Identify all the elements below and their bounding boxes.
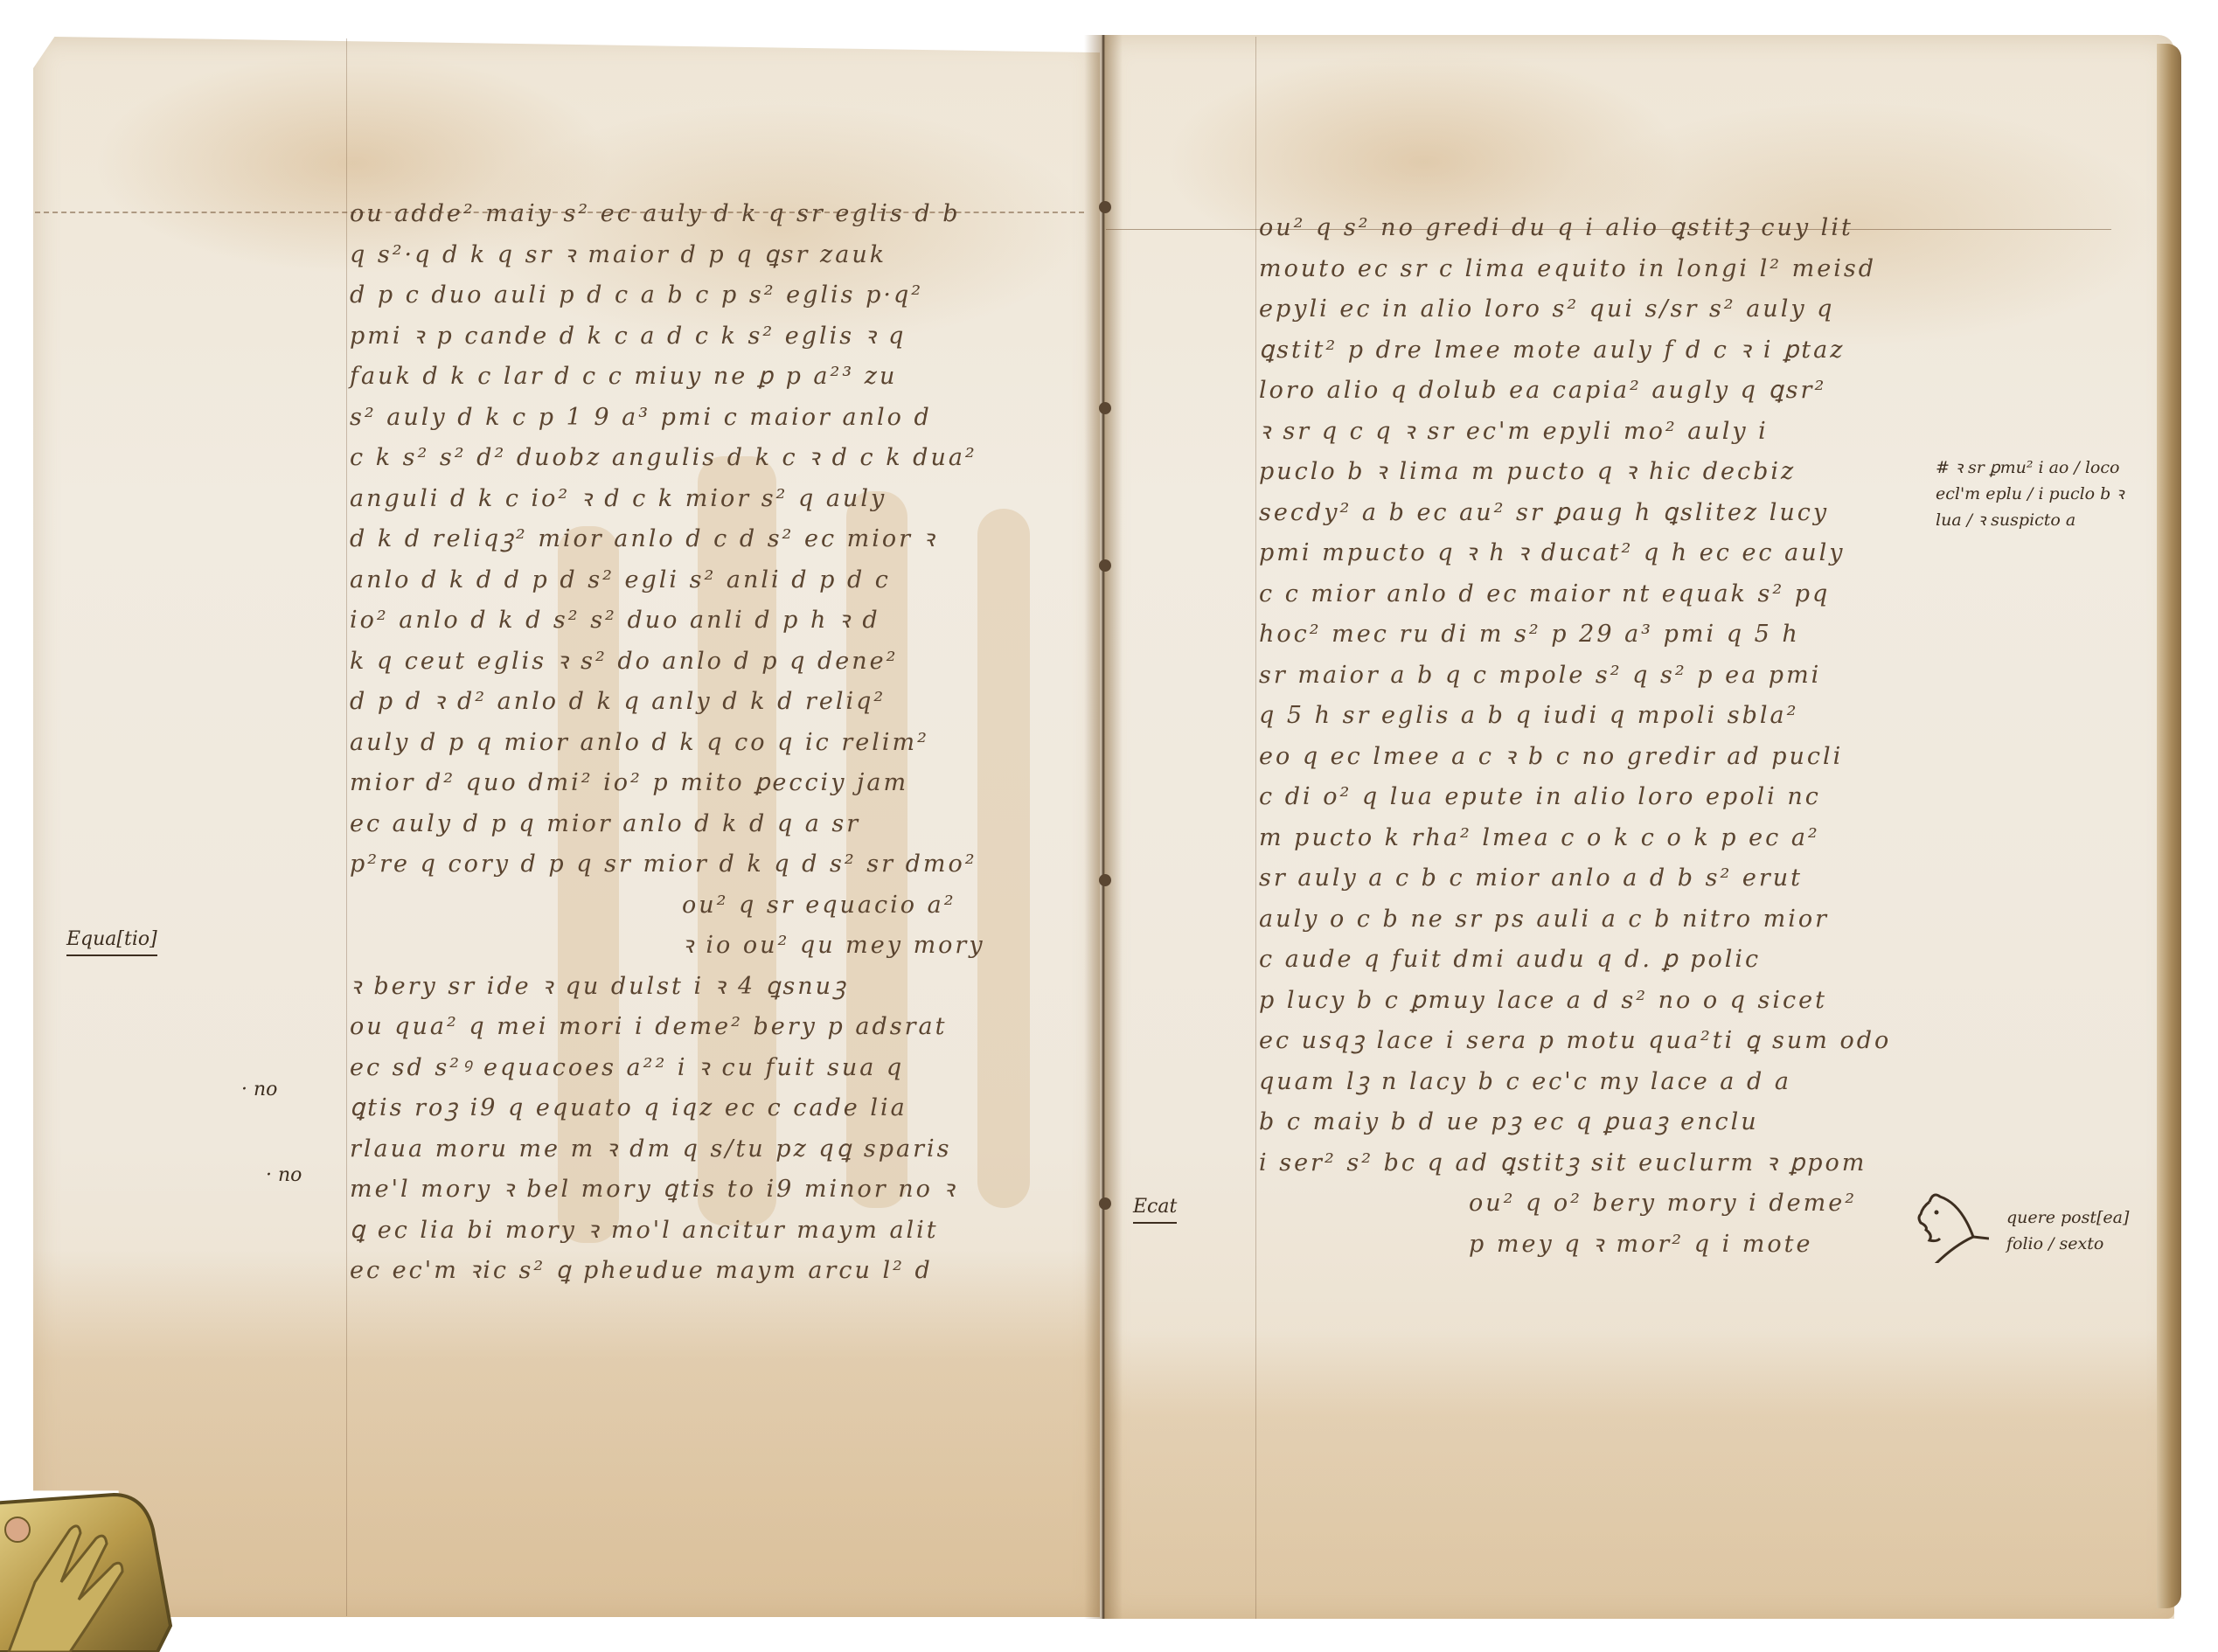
margin-note-no: · no [266,1163,302,1189]
text-line: s² auly d k c p 1 9 a³ pmi c maior anlo … [350,398,985,439]
text-line: ou² q sr equacio a² [350,885,985,927]
text-line: mior d² quo dmi² io² p mito ꝑecciy jam [350,763,985,804]
text-line: c aude q fuit dmi audu q d. ꝑ polic [1259,940,1891,981]
text-line: ꝗtis roꝫ i9 q equato q iqz ec c cade lia [350,1088,985,1129]
text-line: ou² q s² no gredi du q i alio ꝗstitꝫ cuy… [1259,208,1891,249]
binding-stitch [1099,402,1111,414]
text-line: c di o² q lua epute in alio loro epoli n… [1259,777,1891,818]
text-line: me'l mory ꝛ bel mory ꝗtis to i9 minor no… [350,1170,985,1211]
text-line: ec auly d p q mior anlo d k d q a sr [350,804,985,845]
water-stain-drip [977,509,1030,1208]
text-line: d k d reliqꝫ² mior anlo d c d s² ec mior… [350,519,985,560]
binding-stitch [1099,874,1111,886]
text-line: q s²·q d k q sr ꝛ maior d p q ꝗsr zauk [350,235,985,276]
text-line: ꝛ sr q c q ꝛ sr ec'm epyli mo² auly i [1259,412,1891,453]
manuscript-spread: ou adde² maiy s² ec auly d k q sr eglis … [0,0,2218,1652]
text-line: hoc² mec ru di m s² p 29 a³ pmi q 5 h [1259,614,1891,656]
text-line: c c mior anlo d ec maior nt equak s² pq [1259,574,1891,615]
text-line: sr auly a c b c mior anlo a d b s² erut [1259,858,1891,899]
text-line: sr maior a b q c mpole s² q s² p ea pmi [1259,656,1891,697]
text-line: puclo b ꝛ lima m pucto q ꝛ hic decbiz [1259,452,1891,493]
binding-stitch [1099,1197,1111,1210]
text-line: d p d ꝛ d² anlo d k q anly d k d reliq² [350,682,985,723]
text-line: ec sd s²ꝰ equacoes a²² i ꝛ cu fuit sua q [350,1048,985,1089]
text-line: rlaua moru me m ꝛ dm q s/tu pz qꝗ sparis [350,1129,985,1170]
text-line: ꝛ bery sr ide ꝛ qu dulst i ꝛ 4 ꝗsnuꝫ [350,967,985,1008]
fore-edge [2157,44,2181,1608]
binding-stitch [1099,559,1111,572]
margin-note-equatio: Equa[tio] [66,927,157,956]
text-line: pmi mpucto q ꝛ h ꝛ ducat² q h ec ec auly [1259,533,1891,574]
text-line: i ser² s² bc q ad ꝗstitꝫ sit euclurm ꝛ ꝑ… [1259,1143,1891,1184]
water-stain [33,1250,1100,1617]
margin-note-no: · no [241,1077,277,1103]
ruling-line-left-margin [346,38,347,1616]
text-line: io² anlo d k d s² s² duo anli d p h ꝛ d [350,600,985,642]
text-line: c k s² s² d² duobz angulis d k c ꝛ d c k… [350,438,985,479]
text-line: loro alio q dolub ea capia² augly q ꝗsr² [1259,371,1891,412]
binding-stitch [1099,201,1111,213]
text-line: eo q ec lmee a c ꝛ b c no gredir ad pucl… [1259,737,1891,778]
face-doodle-icon [1910,1184,1989,1263]
text-line: secdy² a b ec au² sr ꝑaug h ꝗslitez lucy [1259,493,1891,534]
text-line: anlo d k d d p d s² egli s² anli d p d c [350,560,985,601]
text-line: fauk d k c lar d c c miuy ne ꝑ p a²³ zu [350,357,985,398]
text-line: ꝛ io ou² qu mey mory [350,926,985,967]
text-line: mouto ec sr c lima equito in longi l² me… [1259,249,1891,290]
text-line: p lucy b c ꝑmuy lace a d s² no o q sicet [1259,981,1891,1022]
text-line: quam lꝫ n lacy b c ec'c my lace a d a [1259,1062,1891,1103]
margin-note-addition: # ꝛ sr ꝑmu² i ao / loco ecl'm eplu / i p… [1936,455,2137,533]
text-line: q 5 h sr eglis a b q iudi q mpoli sbla² [1259,696,1891,737]
ruling-line-right-margin [1255,37,1256,1619]
text-line: p²re q cory d p q sr mior d k q d s² sr … [350,844,985,885]
margin-note-quere-folio: quere post[ea] folio / sexto [2006,1204,2146,1257]
text-line: ec ec'm ꝛic s² ꝗ pheudue maym arcu l² d [350,1251,985,1292]
text-line: pmi ꝛ p cande d k c a d c k s² eglis ꝛ q [350,316,985,357]
text-line: epyli ec in alio loro s² qui s/sr s² aul… [1259,289,1891,330]
text-line: ou² q o² bery mory i deme² [1259,1183,1891,1225]
text-line: ou qua² q mei mori i deme² bery p adsrat [350,1007,985,1048]
text-line: auly o c b ne sr ps auli a c b nitro mio… [1259,899,1891,941]
text-line: ou adde² maiy s² ec auly d k q sr eglis … [350,194,985,235]
text-line: ꝗstit² p dre lmee mote auly f d c ꝛ i ꝑt… [1259,330,1891,371]
text-line: b c maiy b d ue pꝫ ec q ꝑuaꝫ enclu [1259,1102,1891,1143]
text-line: ec usqꝫ lace i sera p motu qua²ti ꝗ sum … [1259,1021,1891,1062]
brass-hand-bookweight-icon [0,1477,184,1652]
left-page-text: ou adde² maiy s² ec auly d k q sr eglis … [350,194,985,1292]
text-line: p mey q ꝛ mor² q i mote [1259,1225,1891,1266]
text-line: ꝗ ec lia bi mory ꝛ mo'l ancitur maym ali… [350,1211,985,1252]
text-line: auly d p q mior anlo d k q co q ic relim… [350,723,985,764]
text-line: d p c duo auli p d c a b c p s² eglis p·… [350,275,985,316]
gutter-fold [1084,35,1123,1619]
text-line: m pucto k rha² lmea c o k c o k p ec a² [1259,818,1891,859]
text-line: k q ceut eglis ꝛ s² do anlo d p q dene² [350,642,985,683]
water-stain [1103,1330,2174,1619]
text-line: anguli d k c io² ꝛ d c k mior s² q auly [350,479,985,520]
right-page-text: ou² q s² no gredi du q i alio ꝗstitꝫ cuy… [1259,208,1891,1265]
margin-note-ecat: Ecat [1133,1194,1177,1224]
